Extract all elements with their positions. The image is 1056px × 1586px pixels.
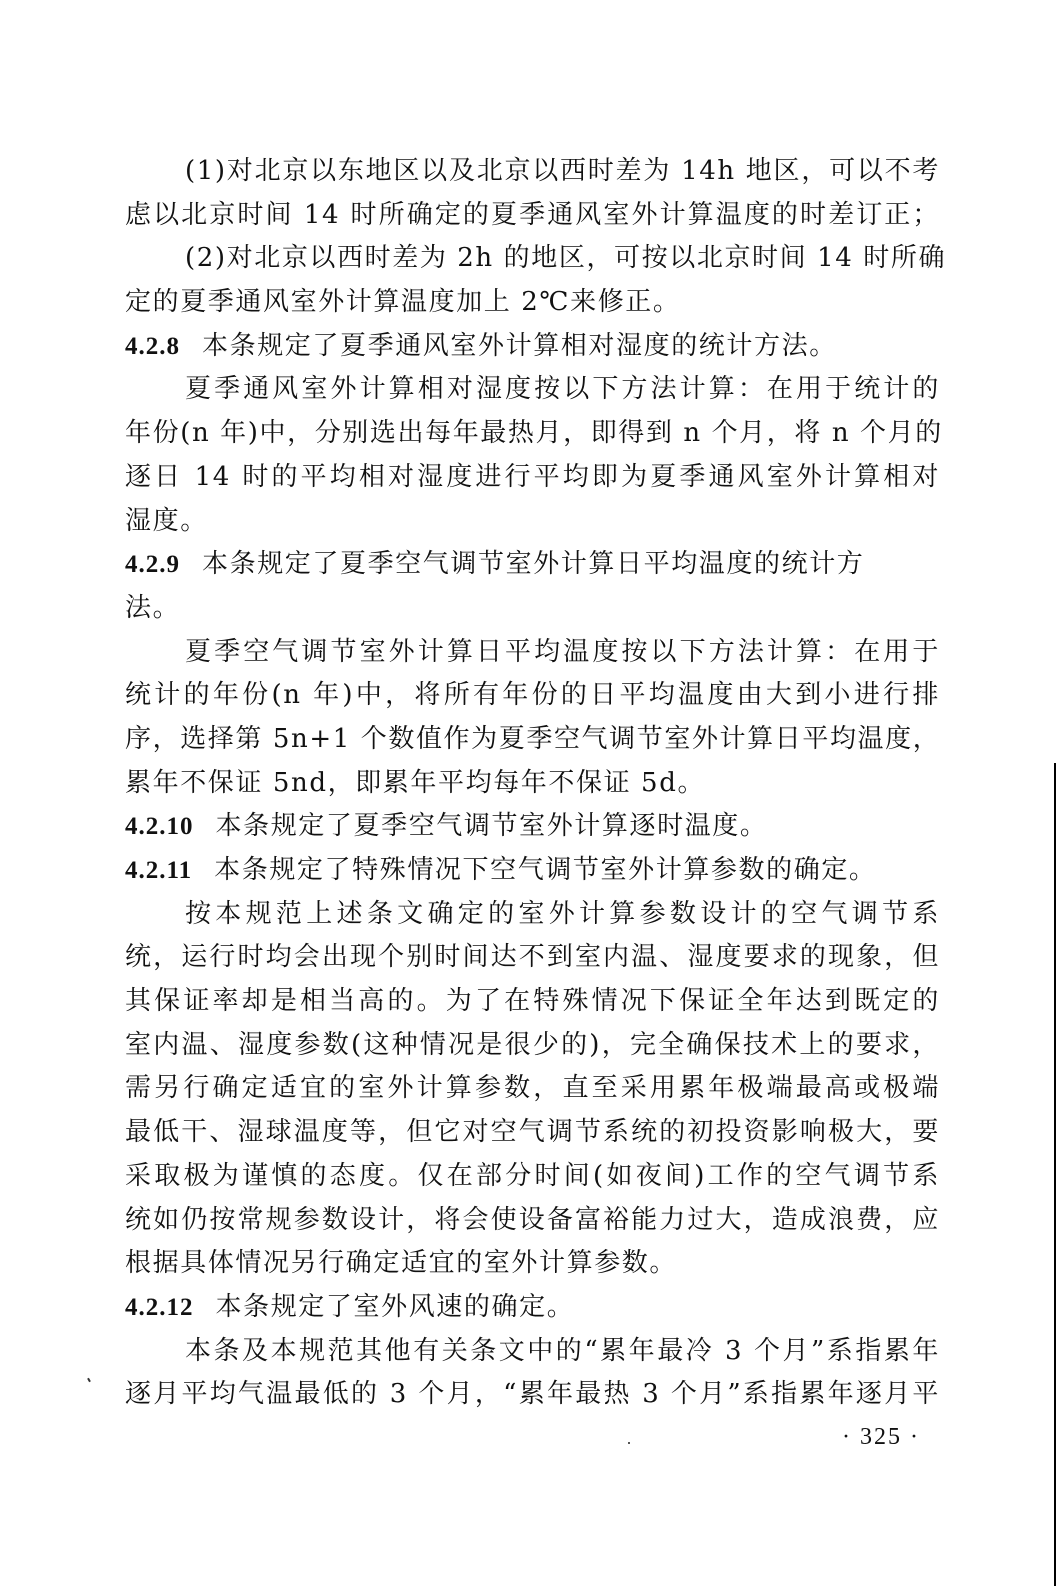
paragraph-line: 年份(n 年)中，分别选出每年最热月，即得到 n 个月，将 n 个月的 — [125, 412, 940, 456]
paragraph-line: 统如仍按常规参数设计，将会使设备富裕能力过大，造成浪费，应 — [125, 1199, 940, 1243]
clause-heading: 4.2.11本条规定了特殊情况下空气调节室外计算参数的确定。 — [125, 849, 940, 893]
line-text: 序，选择第 5n+1 个数值作为夏季空气调节室外计算日平均温度， — [125, 724, 940, 754]
line-text: 年份(n 年)中，分别选出每年最热月，即得到 n 个月，将 n 个月的 — [125, 418, 943, 448]
line-text: 本条规定了夏季通风室外计算相对湿度的统计方法。 — [202, 331, 837, 361]
paragraph-first-line: 本条及本规范其他有关条文中的“累年最冷 3 个月”系指累年 — [125, 1330, 940, 1374]
paragraph-line: 统，运行时均会出现个别时间达不到室内温、湿度要求的现象，但 — [125, 936, 940, 980]
line-text: 统如仍按常规参数设计，将会使设备富裕能力过大，造成浪费，应 — [125, 1205, 940, 1235]
line-text: 本条规定了特殊情况下空气调节室外计算参数的确定。 — [214, 855, 876, 885]
line-text: 夏季空气调节室外计算日平均温度按以下方法计算：在用于 — [185, 637, 940, 667]
line-text: 虑以北京时间 14 时所确定的夏季通风室外计算温度的时差订正； — [125, 200, 940, 230]
line-text: 湿度。 — [125, 506, 208, 536]
paragraph-line: 逐日 14 时的平均相对湿度进行平均即为夏季通风室外计算相对 — [125, 456, 940, 500]
line-text: 本条规定了夏季空气调节室外计算逐时温度。 — [216, 811, 768, 841]
document-body: (1)对北京以东地区以及北京以西时差为 14h 地区，可以不考虑以北京时间 14… — [125, 150, 940, 1417]
paragraph-last-line: 湿度。 — [125, 500, 940, 544]
line-text: 逐日 14 时的平均相对湿度进行平均即为夏季通风室外计算相对 — [125, 462, 940, 492]
line-text: 本条规定了夏季空气调节室外计算日平均温度的统计方 — [202, 549, 864, 579]
line-text: 按本规范上述条文确定的室外计算参数设计的空气调节系 — [185, 899, 940, 929]
line-text: (1)对北京以东地区以及北京以西时差为 14h 地区，可以不考 — [185, 156, 940, 186]
paragraph-line: 统计的年份(n 年)中，将所有年份的日平均温度由大到小进行排 — [125, 674, 940, 718]
paragraph-first-line: 夏季空气调节室外计算日平均温度按以下方法计算：在用于 — [125, 631, 940, 675]
paragraph-first-line: (1)对北京以东地区以及北京以西时差为 14h 地区，可以不考 — [125, 150, 940, 194]
scan-speck — [87, 1378, 91, 1382]
paragraph-first-line: (2)对北京以西时差为 2h 的地区，可按以北京时间 14 时所确 — [125, 237, 940, 281]
page-number: · 325 · — [842, 1424, 920, 1451]
paragraph-line: 需另行确定适宜的室外计算参数，直至采用累年极端最高或极端 — [125, 1067, 940, 1111]
paragraph-line: 其保证率却是相当高的。为了在特殊情况下保证全年达到既定的 — [125, 980, 940, 1024]
clause-number: 4.2.12 — [125, 1294, 194, 1321]
clause-number: 4.2.8 — [125, 333, 180, 360]
paragraph-line: 最低干、湿球温度等，但它对空气调节系统的初投资影响极大，要 — [125, 1111, 940, 1155]
line-text: 定的夏季通风室外计算温度加上 2℃来修正。 — [125, 287, 681, 317]
paragraph-last-line: 定的夏季通风室外计算温度加上 2℃来修正。 — [125, 281, 940, 325]
line-text: 统，运行时均会出现个别时间达不到室内温、湿度要求的现象，但 — [125, 942, 940, 972]
paragraph-line: 虑以北京时间 14 时所确定的夏季通风室外计算温度的时差订正； — [125, 194, 940, 238]
clause-number: 4.2.11 — [125, 857, 192, 884]
line-text: 本条及本规范其他有关条文中的“累年最冷 3 个月”系指累年 — [185, 1336, 940, 1366]
clause-heading: 4.2.10本条规定了夏季空气调节室外计算逐时温度。 — [125, 805, 940, 849]
line-text: 采取极为谨慎的态度。仅在部分时间(如夜间)工作的空气调节系 — [125, 1161, 940, 1191]
line-text: 最低干、湿球温度等，但它对空气调节系统的初投资影响极大，要 — [125, 1117, 940, 1147]
paragraph-last-line: 累年不保证 5nd，即累年平均每年不保证 5d。 — [125, 762, 940, 806]
line-text: 累年不保证 5nd，即累年平均每年不保证 5d。 — [125, 768, 705, 798]
line-text: 统计的年份(n 年)中，将所有年份的日平均温度由大到小进行排 — [125, 680, 940, 710]
line-text: 逐月平均气温最低的 3 个月，“累年最热 3 个月”系指累年逐月平 — [125, 1379, 940, 1409]
line-text: 本条规定了室外风速的确定。 — [216, 1292, 575, 1322]
scan-speck — [628, 1442, 630, 1444]
paragraph-line: 序，选择第 5n+1 个数值作为夏季空气调节室外计算日平均温度， — [125, 718, 940, 762]
paragraph-last-line: 根据具体情况另行确定适宜的室外计算参数。 — [125, 1242, 940, 1286]
clause-heading: 4.2.8本条规定了夏季通风室外计算相对湿度的统计方法。 — [125, 325, 940, 369]
clause-number: 4.2.9 — [125, 551, 180, 578]
paragraph-line: 采取极为谨慎的态度。仅在部分时间(如夜间)工作的空气调节系 — [125, 1155, 940, 1199]
paragraph-first-line: 按本规范上述条文确定的室外计算参数设计的空气调节系 — [125, 893, 940, 937]
clause-heading: 4.2.12本条规定了室外风速的确定。 — [125, 1286, 940, 1330]
line-text: (2)对北京以西时差为 2h 的地区，可按以北京时间 14 时所确 — [185, 243, 946, 273]
clause-number: 4.2.10 — [125, 813, 194, 840]
clause-heading: 4.2.9本条规定了夏季空气调节室外计算日平均温度的统计方 — [125, 543, 940, 587]
line-text: 需另行确定适宜的室外计算参数，直至采用累年极端最高或极端 — [125, 1073, 940, 1103]
paragraph-line: 逐月平均气温最低的 3 个月，“累年最热 3 个月”系指累年逐月平 — [125, 1373, 940, 1417]
paragraph-last-line: 法。 — [125, 587, 940, 631]
line-text: 室内温、湿度参数(这种情况是很少的)，完全确保技术上的要求， — [125, 1030, 940, 1060]
line-text: 夏季通风室外计算相对湿度按以下方法计算：在用于统计的 — [185, 374, 940, 404]
paragraph-first-line: 夏季通风室外计算相对湿度按以下方法计算：在用于统计的 — [125, 368, 940, 412]
paragraph-line: 室内温、湿度参数(这种情况是很少的)，完全确保技术上的要求， — [125, 1024, 940, 1068]
line-text: 法。 — [125, 593, 180, 623]
line-text: 其保证率却是相当高的。为了在特殊情况下保证全年达到既定的 — [125, 986, 940, 1016]
line-text: 根据具体情况另行确定适宜的室外计算参数。 — [125, 1248, 677, 1278]
